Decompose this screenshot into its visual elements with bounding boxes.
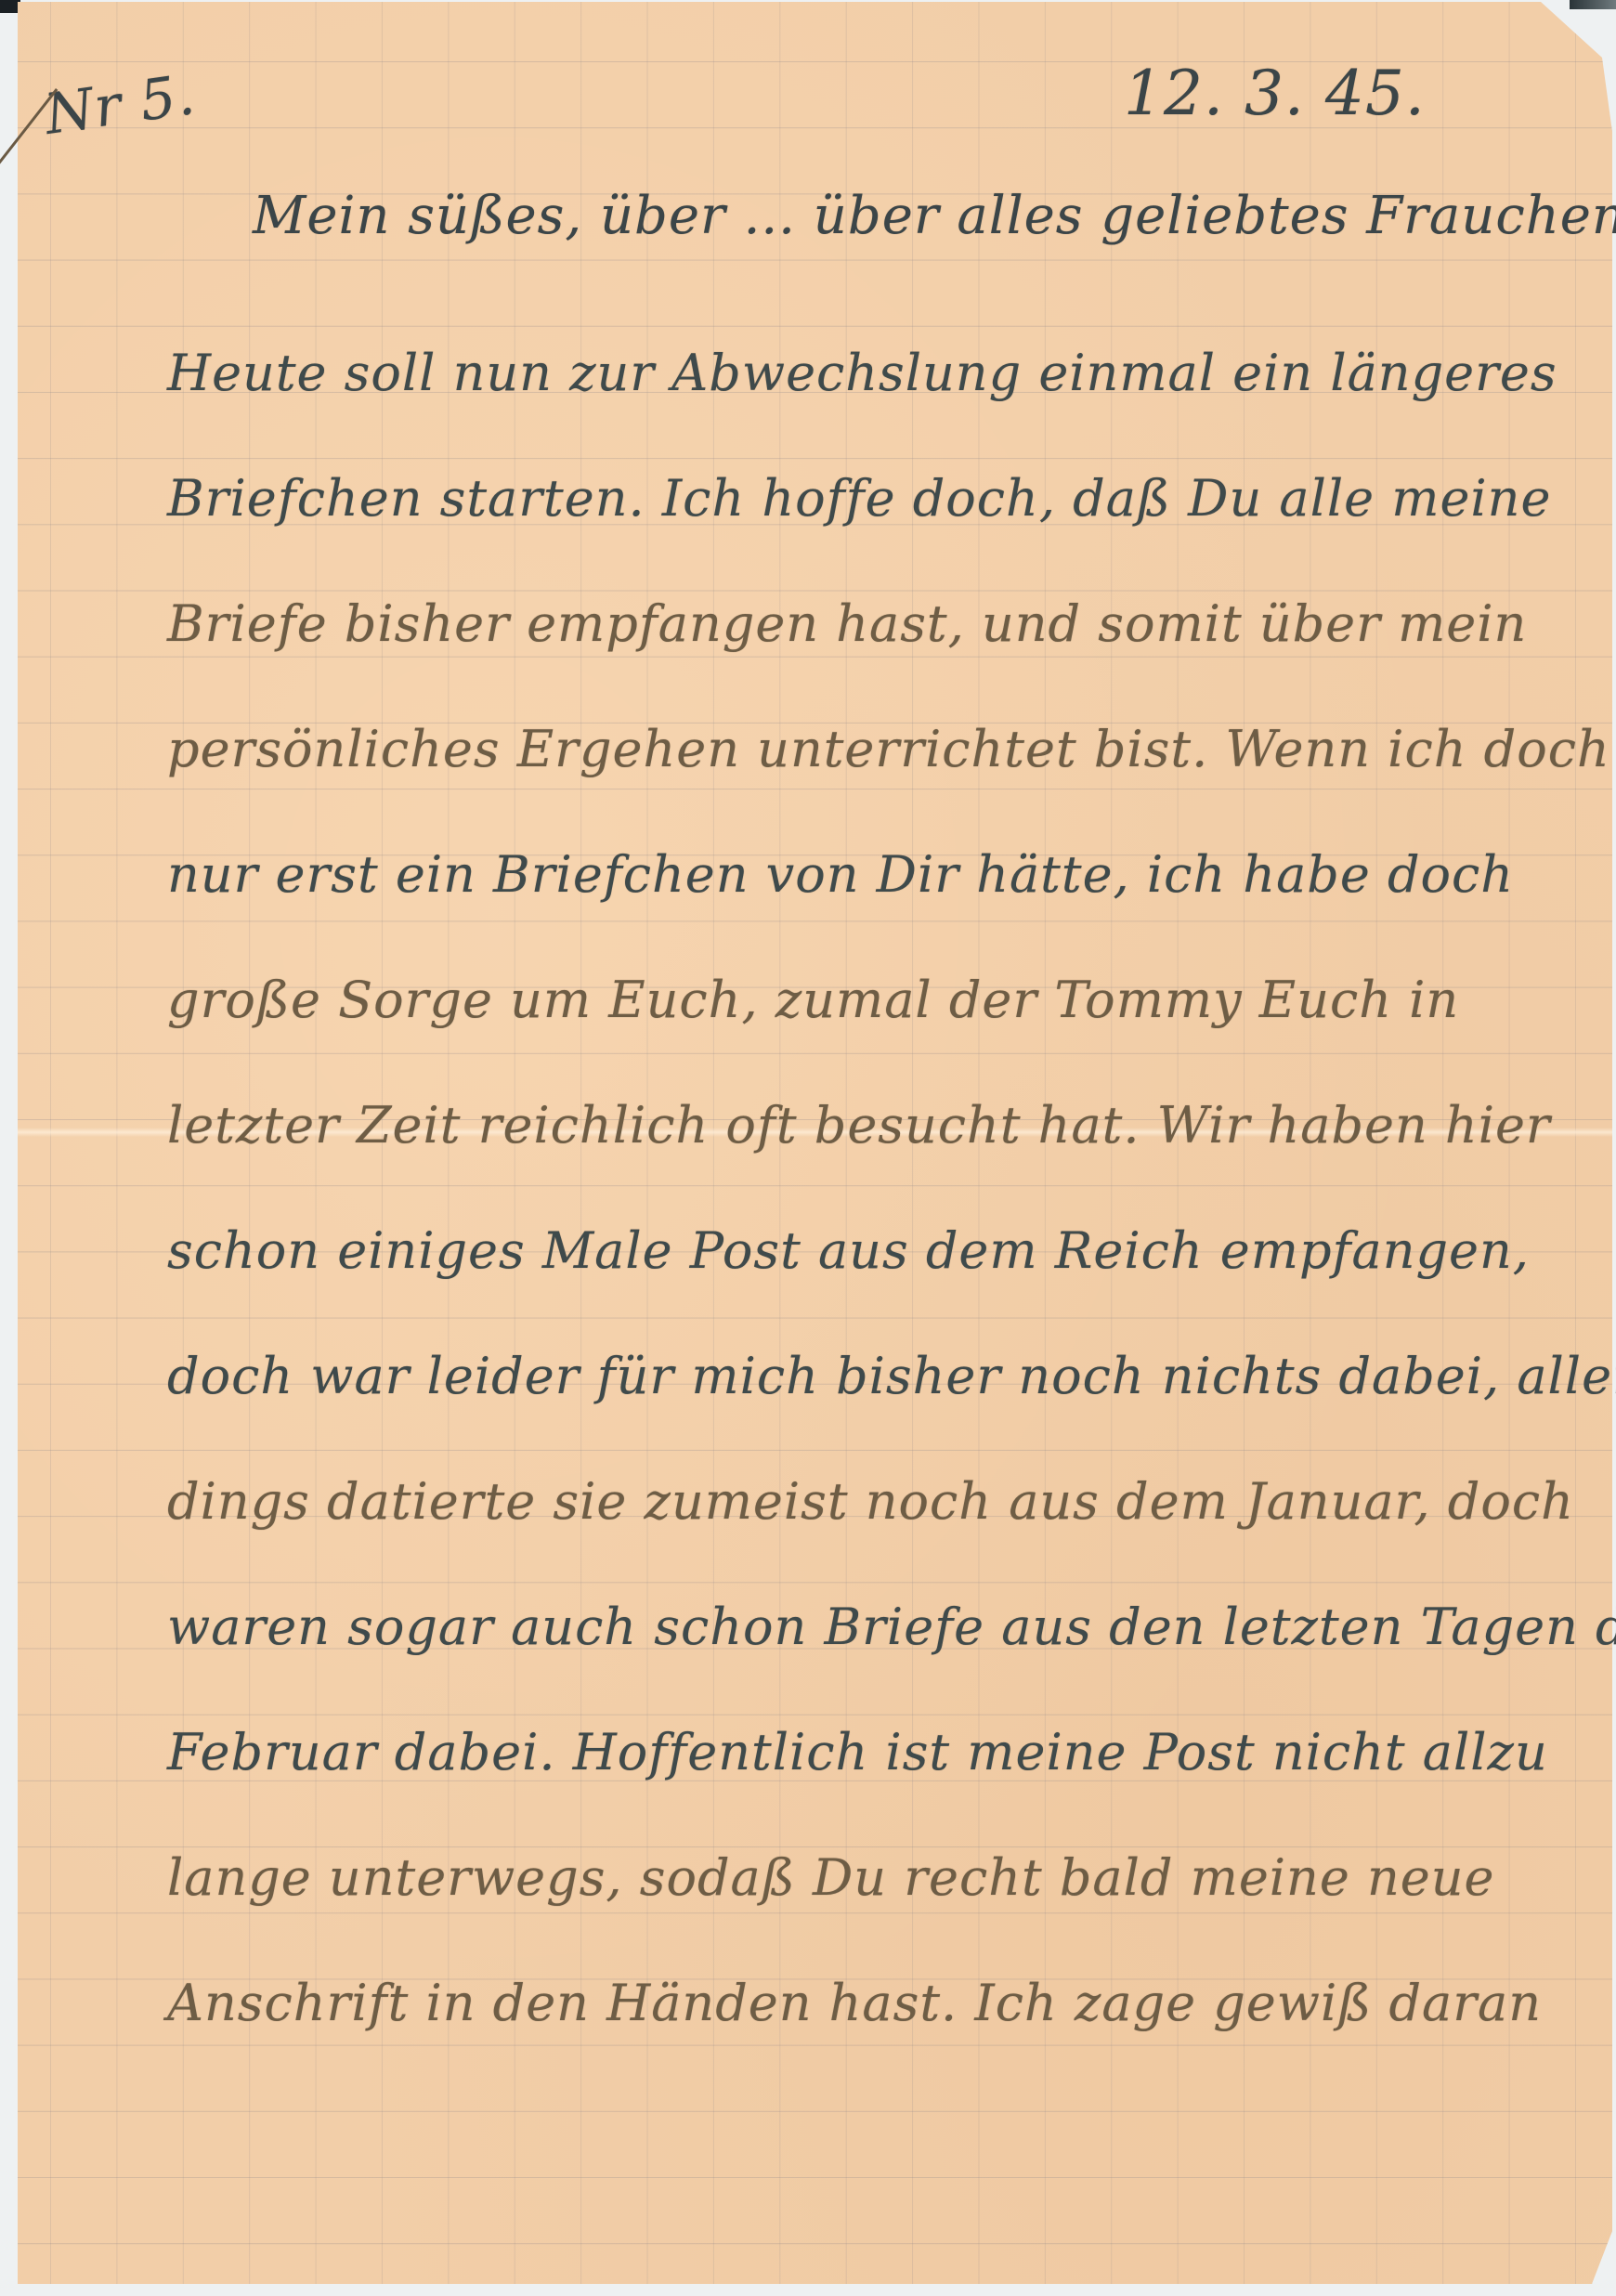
body-line: Heute soll nun zur Abwechslung einmal ei…	[167, 344, 1557, 402]
body-line: Februar dabei. Hoffentlich ist meine Pos…	[167, 1723, 1548, 1781]
body-line: persönliches Ergehen unterrichtet bist. …	[167, 720, 1610, 778]
body-line: lange unterwegs, sodaß Du recht bald mei…	[167, 1848, 1494, 1907]
body-line: doch war leider für mich bisher noch nic…	[167, 1347, 1616, 1405]
body-line: waren sogar auch schon Briefe aus den le…	[167, 1598, 1616, 1656]
salutation: Mein süßes, über ... über alles geliebte…	[253, 186, 1616, 246]
letter-date: 12. 3. 45.	[1124, 58, 1426, 129]
body-line: Briefchen starten. Ich hoffe doch, daß D…	[167, 469, 1551, 528]
scanner-edge-dark	[0, 0, 20, 13]
body-line: Anschrift in den Händen hast. Ich zage g…	[167, 1974, 1542, 2032]
body-line: Briefe bisher empfangen hast, und somit …	[167, 594, 1527, 653]
body-line: schon einiges Male Post aus dem Reich em…	[167, 1221, 1530, 1280]
body-line: letzter Zeit reichlich oft besucht hat. …	[167, 1096, 1551, 1155]
body-line: große Sorge um Euch, zumal der Tommy Euc…	[167, 971, 1459, 1029]
scanner-edge-dark-right	[1570, 0, 1616, 9]
body-line: nur erst ein Briefchen von Dir hätte, ic…	[167, 845, 1514, 904]
body-line: dings datierte sie zumeist noch aus dem …	[167, 1472, 1574, 1531]
